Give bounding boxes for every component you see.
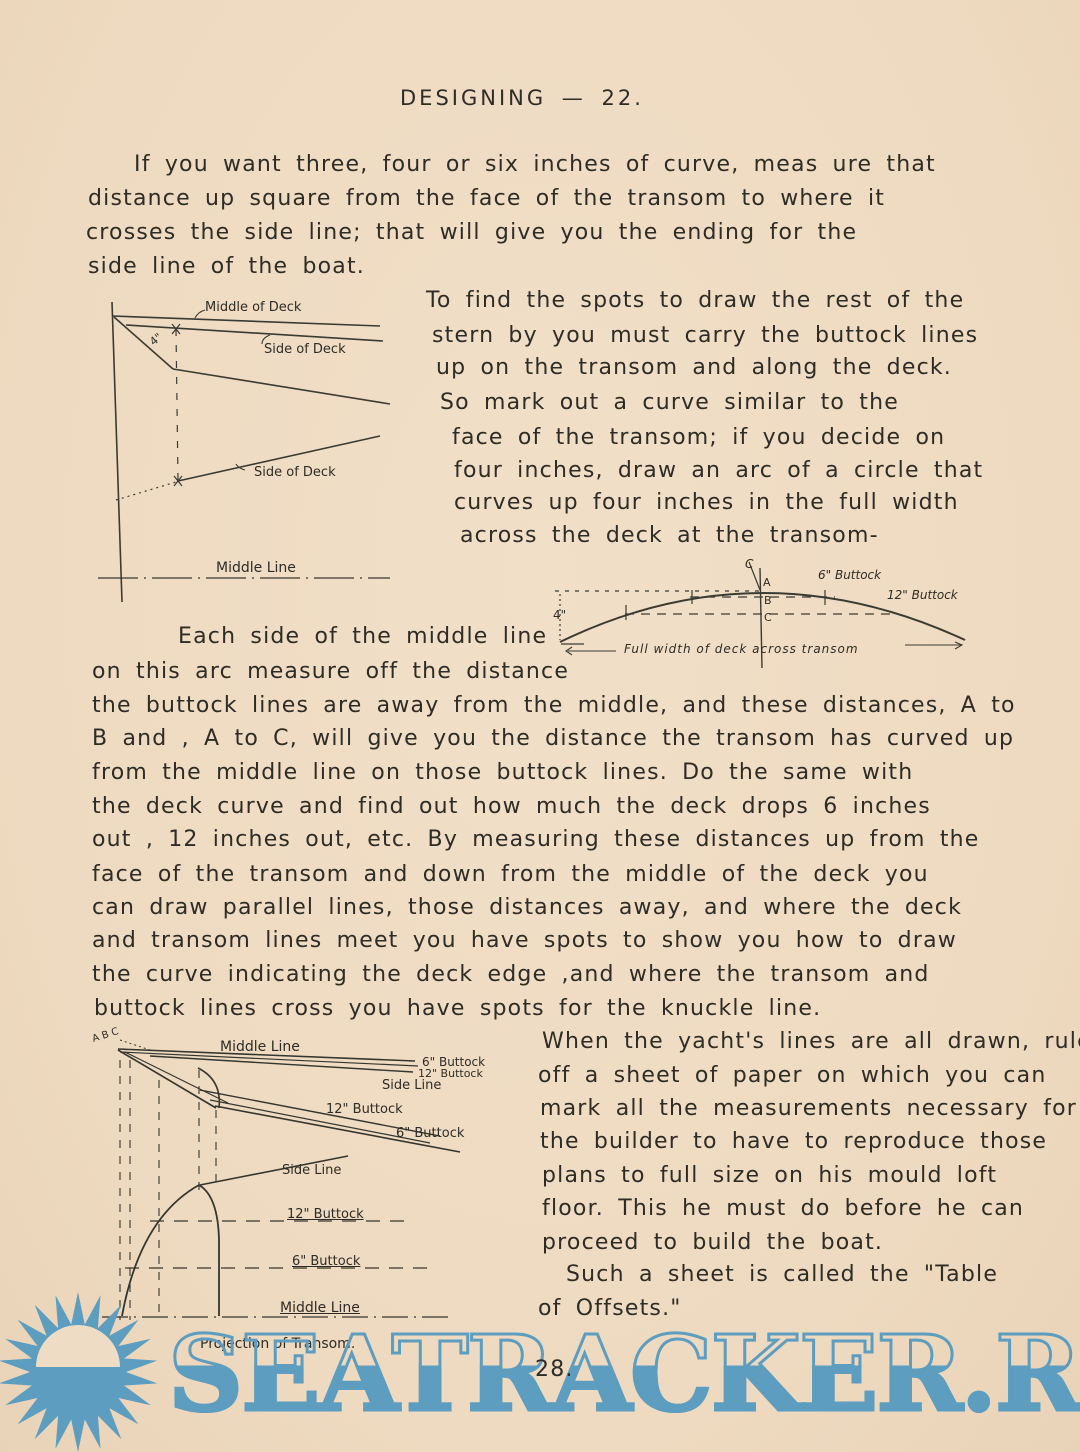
watermark-text: SEATRACKER.RU [168, 1322, 1080, 1426]
scanned-page: DESIGNING — 22. If you want three, four … [0, 0, 1080, 1452]
page-number: 28. [535, 1357, 574, 1382]
sun-logo-icon [0, 0, 1080, 1452]
